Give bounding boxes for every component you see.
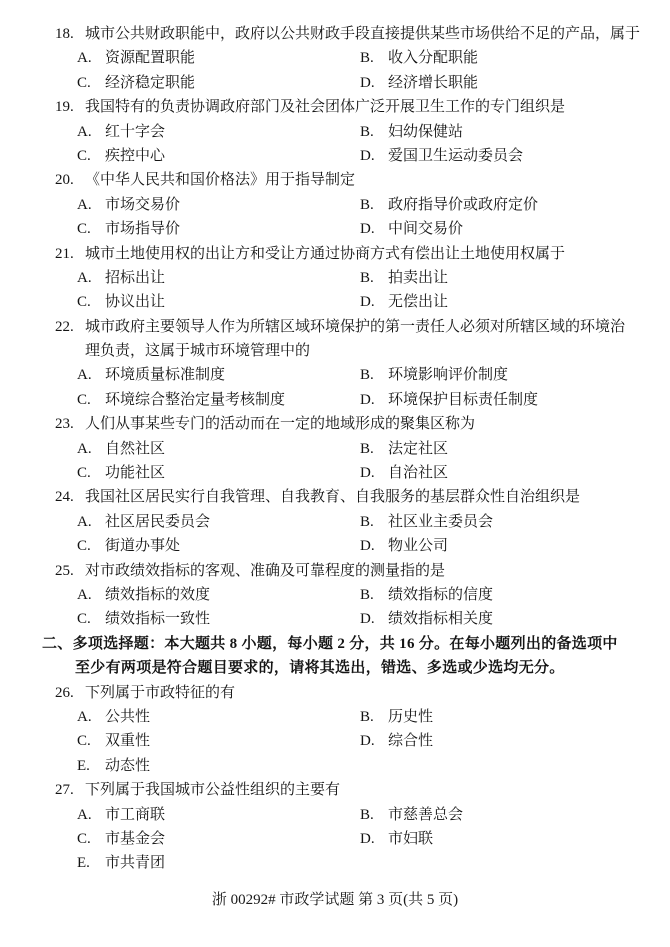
option-a: A.绩效指标的效度 [77, 583, 360, 607]
option-text: 绩效指标一致性 [105, 611, 210, 627]
option-label: D. [360, 534, 388, 558]
option-label: A. [77, 120, 105, 144]
option-text: 疾控中心 [105, 148, 165, 164]
options-row: C.市场指导价D.中间交易价 [55, 217, 632, 241]
question-stem-line: 21.城市土地使用权的出让方和受让方通过协商方式有偿出让土地使用权属于 [55, 242, 632, 266]
option-text: 协议出让 [105, 294, 165, 310]
option-c: C.协议出让 [77, 290, 360, 314]
option-text: 市共青团 [105, 855, 165, 871]
option-label: E. [77, 851, 105, 875]
option-b: B.政府指导价或政府定价 [360, 197, 538, 213]
option-label: D. [360, 144, 388, 168]
option-label: C. [77, 144, 105, 168]
options-row: A.市场交易价B.政府指导价或政府定价 [55, 193, 632, 217]
option-label: E. [77, 754, 105, 778]
question-stem-line: 24.我国社区居民实行自我管理、自我教育、自我服务的基层群众性自治组织是 [55, 485, 632, 509]
option-c: C.环境综合整治定量考核制度 [77, 388, 360, 412]
option-text: 法定社区 [388, 441, 448, 457]
option-e: E.动态性 [77, 754, 360, 778]
question-stem: 下列属于我国城市公益性组织的主要有 [85, 782, 340, 798]
option-d: D.中间交易价 [360, 221, 463, 237]
option-text: 市场指导价 [105, 221, 180, 237]
option-label: C. [77, 607, 105, 631]
option-text: 功能社区 [105, 465, 165, 481]
option-text: 中间交易价 [388, 221, 463, 237]
option-text: 红十字会 [105, 124, 165, 140]
question-24: 24.我国社区居民实行自我管理、自我教育、自我服务的基层群众性自治组织是 A.社… [55, 485, 632, 558]
question-stem: 城市土地使用权的出让方和受让方通过协商方式有偿出让土地使用权属于 [85, 246, 565, 262]
question-stem: 城市公共财政职能中，政府以公共财政手段直接提供某些市场供给不足的产品，属于 [85, 26, 640, 42]
option-text: 综合性 [388, 733, 433, 749]
question-number: 26. [55, 681, 85, 705]
question-number: 22. [55, 315, 85, 339]
option-text: 市基金会 [105, 831, 165, 847]
section-header-line2: 至少有两项是符合题目要求的，请将其选出，错选、多选或少选均无分。 [75, 656, 632, 680]
option-label: B. [360, 705, 388, 729]
option-b: B.法定社区 [360, 441, 448, 457]
option-d: D.经济增长职能 [360, 75, 478, 91]
option-label: B. [360, 46, 388, 70]
option-a: A.社区居民委员会 [77, 510, 360, 534]
options-row: A.环境质量标准制度B.环境影响评价制度 [55, 363, 632, 387]
section-2-header: 二、多项选择题：本大题共 8 小题，每小题 2 分，共 16 分。在每小题列出的… [55, 632, 632, 681]
question-stem: 《中华人民共和国价格法》用于指导制定 [85, 172, 355, 188]
option-a: A.招标出让 [77, 266, 360, 290]
option-a: A.市工商联 [77, 803, 360, 827]
option-text: 资源配置职能 [105, 50, 195, 66]
option-text: 环境综合整治定量考核制度 [105, 392, 285, 408]
exam-page: 18.城市公共财政职能中，政府以公共财政手段直接提供某些市场供给不足的产品，属于… [0, 0, 670, 912]
options-row: A.自然社区B.法定社区 [55, 437, 632, 461]
options-row: A.红十字会B.妇幼保健站 [55, 120, 632, 144]
option-b: B.绩效指标的信度 [360, 587, 493, 603]
option-label: C. [77, 461, 105, 485]
question-number: 24. [55, 485, 85, 509]
option-text: 动态性 [105, 758, 150, 774]
options-row: C.协议出让D.无偿出让 [55, 290, 632, 314]
question-number: 18. [55, 22, 85, 46]
question-number: 27. [55, 778, 85, 802]
option-text: 经济稳定职能 [105, 75, 195, 91]
option-text: 历史性 [388, 709, 433, 725]
option-text: 环境影响评价制度 [388, 367, 508, 383]
option-text: 物业公司 [388, 538, 448, 554]
option-a: A.自然社区 [77, 437, 360, 461]
option-e: E.市共青团 [77, 851, 360, 875]
options-row: E.市共青团 [55, 851, 632, 875]
option-c: C.疾控中心 [77, 144, 360, 168]
option-label: C. [77, 290, 105, 314]
option-label: A. [77, 803, 105, 827]
option-text: 拍卖出让 [388, 270, 448, 286]
option-label: C. [77, 217, 105, 241]
option-label: C. [77, 729, 105, 753]
option-label: A. [77, 266, 105, 290]
option-label: D. [360, 388, 388, 412]
option-c: C.市场指导价 [77, 217, 360, 241]
option-text: 公共性 [105, 709, 150, 725]
question-stem-line: 26.下列属于市政特征的有 [55, 681, 632, 705]
option-label: D. [360, 461, 388, 485]
option-b: B.市慈善总会 [360, 807, 463, 823]
question-19: 19.我国特有的负责协调政府部门及社会团体广泛开展卫生工作的专门组织是 A.红十… [55, 95, 632, 168]
page-footer: 浙 00292# 市政学试题 第 3 页(共 5 页) [0, 888, 670, 912]
question-18: 18.城市公共财政职能中，政府以公共财政手段直接提供某些市场供给不足的产品，属于… [55, 22, 632, 95]
option-b: B.社区业主委员会 [360, 514, 493, 530]
option-label: B. [360, 193, 388, 217]
question-stem: 我国特有的负责协调政府部门及社会团体广泛开展卫生工作的专门组织是 [85, 99, 565, 115]
question-stem-line: 27.下列属于我国城市公益性组织的主要有 [55, 778, 632, 802]
question-number: 21. [55, 242, 85, 266]
question-stem: 城市政府主要领导人作为所辖区域环境保护的第一责任人必须对所辖区域的环境治 [85, 319, 625, 335]
option-c: C.绩效指标一致性 [77, 607, 360, 631]
option-text: 收入分配职能 [388, 50, 478, 66]
question-stem-line: 22.城市政府主要领导人作为所辖区域环境保护的第一责任人必须对所辖区域的环境治 [55, 315, 632, 339]
option-label: C. [77, 71, 105, 95]
option-d: D.自治社区 [360, 465, 448, 481]
option-text: 自治社区 [388, 465, 448, 481]
question-20: 20.《中华人民共和国价格法》用于指导制定 A.市场交易价B.政府指导价或政府定… [55, 168, 632, 241]
question-stem-continuation: 理负责，这属于城市环境管理中的 [55, 339, 632, 363]
section-header-line1: 二、多项选择题：本大题共 8 小题，每小题 2 分，共 16 分。在每小题列出的… [42, 632, 632, 656]
question-stem-line: 18.城市公共财政职能中，政府以公共财政手段直接提供某些市场供给不足的产品，属于 [55, 22, 632, 46]
option-text: 街道办事处 [105, 538, 180, 554]
option-d: D.爱国卫生运动委员会 [360, 148, 523, 164]
option-d: D.绩效指标相关度 [360, 611, 493, 627]
option-text: 招标出让 [105, 270, 165, 286]
question-stem-line: 19.我国特有的负责协调政府部门及社会团体广泛开展卫生工作的专门组织是 [55, 95, 632, 119]
option-d: D.市妇联 [360, 831, 433, 847]
option-b: B.妇幼保健站 [360, 124, 463, 140]
options-row: E.动态性 [55, 754, 632, 778]
option-label: B. [360, 363, 388, 387]
options-row: A.市工商联B.市慈善总会 [55, 803, 632, 827]
options-row: A.公共性B.历史性 [55, 705, 632, 729]
option-text: 社区业主委员会 [388, 514, 493, 530]
options-row: C.功能社区D.自治社区 [55, 461, 632, 485]
option-text: 妇幼保健站 [388, 124, 463, 140]
option-text: 经济增长职能 [388, 75, 478, 91]
options-row: A.绩效指标的效度B.绩效指标的信度 [55, 583, 632, 607]
option-text: 市场交易价 [105, 197, 180, 213]
option-label: D. [360, 827, 388, 851]
options-row: C.市基金会D.市妇联 [55, 827, 632, 851]
option-text: 社区居民委员会 [105, 514, 210, 530]
option-text: 政府指导价或政府定价 [388, 197, 538, 213]
question-stem: 对市政绩效指标的客观、准确及可靠程度的测量指的是 [85, 563, 445, 579]
question-25: 25.对市政绩效指标的客观、准确及可靠程度的测量指的是 A.绩效指标的效度B.绩… [55, 559, 632, 632]
question-27: 27.下列属于我国城市公益性组织的主要有 A.市工商联B.市慈善总会 C.市基金… [55, 778, 632, 876]
option-text: 双重性 [105, 733, 150, 749]
question-number: 19. [55, 95, 85, 119]
options-row: C.绩效指标一致性D.绩效指标相关度 [55, 607, 632, 631]
option-a: A.公共性 [77, 705, 360, 729]
option-label: B. [360, 803, 388, 827]
option-label: D. [360, 217, 388, 241]
question-stem: 理负责，这属于城市环境管理中的 [85, 343, 310, 359]
option-label: A. [77, 510, 105, 534]
option-label: D. [360, 729, 388, 753]
option-label: B. [360, 120, 388, 144]
option-b: B.历史性 [360, 709, 433, 725]
question-stem: 人们从事某些专门的活动而在一定的地域形成的聚集区称为 [85, 416, 475, 432]
option-d: D.环境保护目标责任制度 [360, 392, 538, 408]
question-stem-line: 23.人们从事某些专门的活动而在一定的地域形成的聚集区称为 [55, 412, 632, 436]
option-text: 爱国卫生运动委员会 [388, 148, 523, 164]
option-c: C.街道办事处 [77, 534, 360, 558]
option-c: C.功能社区 [77, 461, 360, 485]
option-c: C.经济稳定职能 [77, 71, 360, 95]
option-text: 自然社区 [105, 441, 165, 457]
option-label: C. [77, 827, 105, 851]
question-stem: 下列属于市政特征的有 [85, 685, 235, 701]
question-23: 23.人们从事某些专门的活动而在一定的地域形成的聚集区称为 A.自然社区B.法定… [55, 412, 632, 485]
question-26: 26.下列属于市政特征的有 A.公共性B.历史性 C.双重性D.综合性 E.动态… [55, 681, 632, 779]
options-row: C.经济稳定职能D.经济增长职能 [55, 71, 632, 95]
option-label: B. [360, 510, 388, 534]
option-label: C. [77, 534, 105, 558]
option-text: 绩效指标的信度 [388, 587, 493, 603]
option-text: 环境保护目标责任制度 [388, 392, 538, 408]
option-label: D. [360, 290, 388, 314]
option-label: C. [77, 388, 105, 412]
option-text: 市工商联 [105, 807, 165, 823]
question-number: 23. [55, 412, 85, 436]
options-row: A.资源配置职能B.收入分配职能 [55, 46, 632, 70]
question-stem: 我国社区居民实行自我管理、自我教育、自我服务的基层群众性自治组织是 [85, 489, 580, 505]
option-a: A.环境质量标准制度 [77, 363, 360, 387]
option-label: A. [77, 193, 105, 217]
options-row: C.疾控中心D.爱国卫生运动委员会 [55, 144, 632, 168]
question-22: 22.城市政府主要领导人作为所辖区域环境保护的第一责任人必须对所辖区域的环境治 … [55, 315, 632, 413]
question-number: 25. [55, 559, 85, 583]
option-label: A. [77, 46, 105, 70]
option-label: A. [77, 363, 105, 387]
option-b: B.拍卖出让 [360, 270, 448, 286]
option-a: A.红十字会 [77, 120, 360, 144]
option-text: 无偿出让 [388, 294, 448, 310]
option-c: C.市基金会 [77, 827, 360, 851]
option-text: 绩效指标相关度 [388, 611, 493, 627]
option-text: 市慈善总会 [388, 807, 463, 823]
option-label: A. [77, 705, 105, 729]
question-21: 21.城市土地使用权的出让方和受让方通过协商方式有偿出让土地使用权属于 A.招标… [55, 242, 632, 315]
option-label: D. [360, 71, 388, 95]
options-row: C.街道办事处D.物业公司 [55, 534, 632, 558]
option-a: A.资源配置职能 [77, 46, 360, 70]
option-b: B.环境影响评价制度 [360, 367, 508, 383]
option-d: D.无偿出让 [360, 294, 448, 310]
option-label: A. [77, 583, 105, 607]
option-c: C.双重性 [77, 729, 360, 753]
question-stem-line: 20.《中华人民共和国价格法》用于指导制定 [55, 168, 632, 192]
options-row: A.招标出让B.拍卖出让 [55, 266, 632, 290]
option-label: B. [360, 437, 388, 461]
option-text: 环境质量标准制度 [105, 367, 225, 383]
option-label: B. [360, 266, 388, 290]
question-stem-line: 25.对市政绩效指标的客观、准确及可靠程度的测量指的是 [55, 559, 632, 583]
option-text: 绩效指标的效度 [105, 587, 210, 603]
option-label: B. [360, 583, 388, 607]
options-row: C.环境综合整治定量考核制度D.环境保护目标责任制度 [55, 388, 632, 412]
option-label: A. [77, 437, 105, 461]
option-text: 市妇联 [388, 831, 433, 847]
question-number: 20. [55, 168, 85, 192]
option-a: A.市场交易价 [77, 193, 360, 217]
options-row: A.社区居民委员会B.社区业主委员会 [55, 510, 632, 534]
option-d: D.物业公司 [360, 538, 448, 554]
option-d: D.综合性 [360, 733, 433, 749]
option-b: B.收入分配职能 [360, 50, 478, 66]
option-label: D. [360, 607, 388, 631]
options-row: C.双重性D.综合性 [55, 729, 632, 753]
